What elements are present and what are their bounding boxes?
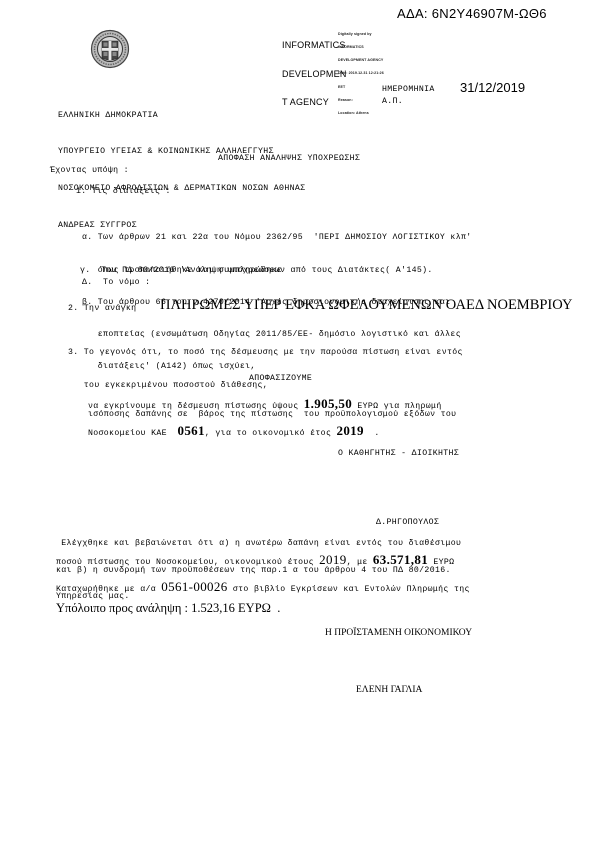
digital-signature-details: Digitally signed by INFORMATICS DEVELOPM… (338, 23, 384, 120)
decision-line-2: ισόποσης δαπάνης σε βάρος της πίστωσης τ… (88, 410, 456, 419)
item-1-label: 1. Τις διατάξεις : (76, 187, 171, 196)
signature-line: Date: 2019.12.31 12:21:26 (338, 71, 384, 75)
verification-text: στο βιβλίο Εγκρίσεων και Εντολών Πληρωμή… (228, 585, 470, 594)
available-amount: 63.571,81 (373, 552, 428, 567)
verification-line-1: Ελέγχθηκε και βεβαιώνεται ότι α) η ανωτέ… (56, 539, 461, 548)
signer-1-name: Δ.ΡΗΓΟΠΟΥΛΟΣ (376, 518, 439, 527)
signature-line: INFORMATICS (338, 45, 384, 49)
signature-line: EET (338, 85, 384, 89)
item-2-label: 2. Την ανάγκη (68, 304, 136, 313)
provision-line: γ. Του ΠΔ 80/2016 'Ανάληψη υποχρεώσεων α… (80, 266, 433, 275)
remaining-label: Υπόλοιπο προς ανάληψη : (56, 601, 191, 615)
date-label: ΗΜΕΡΟΜΗΝΙΑ (382, 85, 435, 94)
document-title: ΑΠΟΦΑΣΗ ΑΝΑΛΗΨΗΣ ΥΠΟΧΡΕΩΣΗΣ (218, 154, 360, 163)
item-2-need: ΠΛΗΡΩΜΕΣ ΥΠΕΡ ΕΦΚΑ ΩΦΕΛΟΥΜΕΝΩΝ ΟΑΕΔ ΝΟΕΜ… (160, 297, 573, 314)
provision-line: α. Των άρθρων 21 και 22α του Νόμου 2362/… (82, 233, 471, 244)
remaining-suffix: . (271, 601, 280, 615)
item-3-line: 3. Το γεγονός ότι, το ποσό της δέσμευσης… (68, 347, 463, 358)
registry-number: 0561-00026 (161, 579, 227, 594)
provision-line: Δ. Το νόμο : (82, 278, 150, 287)
fiscal-year: 2019 (336, 423, 363, 438)
org-line-country: ΕΛΛΗΝΙΚΗ ΔΗΜΟΚΡΑΤΙΑ (58, 110, 305, 122)
signer-1-title: Ο ΚΑΘΗΓΗΤΗΣ - ΔΙΟΙΚΗΤΗΣ (338, 449, 459, 458)
agency-line: DEVELOPMEN (282, 70, 347, 80)
signer-2-title: Η ΠΡΟΪΣΤΑΜΕΝΗ ΟΙΚΟΝΟΜΙΚΟΥ (325, 628, 472, 638)
verification-year: 2019 (319, 552, 346, 567)
decision-title: ΑΠΟΦΑΣΙΖΟΥΜΕ (249, 374, 312, 383)
kae-code: 0561 (177, 423, 204, 438)
signature-line: Reason: (338, 98, 384, 102)
verification-line-3: και β) η συνδρομή των προϋποθέσεων της π… (56, 566, 451, 575)
item-3: 3. Το γεγονός ότι, το ποσό της δέσμευσης… (68, 325, 463, 402)
ada-code: ΑΔΑ: 6Ν2Υ46907Μ-ΩΘ6 (397, 6, 547, 21)
remaining-balance: Υπόλοιπο προς ανάληψη : 1.523,16 ΕΥΡΩ . (56, 601, 280, 616)
decision-line-3: Νοσοκομείου ΚΑΕ 0561, για το οικονομικό … (88, 423, 380, 439)
protocol-label: Α.Π. (382, 97, 403, 106)
commitment-amount: 1.905,50 (304, 396, 352, 411)
signer-2-name: ΕΛΕΝΗ ΓΑΓΛΙΑ (356, 685, 422, 695)
decision-text: , για το οικονομικό έτος (205, 429, 337, 438)
decision-text: . (364, 429, 380, 438)
verification-line-5: Υπηρεσίας μας. (56, 592, 130, 601)
remaining-value: 1.523,16 ΕΥΡΩ (191, 601, 271, 615)
date-value: 31/12/2019 (460, 80, 525, 95)
signature-line: Digitally signed by (338, 32, 384, 36)
agency-line: INFORMATICS (282, 41, 347, 51)
signature-line: DEVELOPMENT AGENCY (338, 58, 384, 62)
decision-text: Νοσοκομείου ΚΑΕ (88, 429, 177, 438)
signature-line: Location: Athens (338, 111, 384, 115)
greek-emblem-icon (90, 29, 130, 69)
considering-label: Έχοντας υπόψη : (50, 166, 129, 175)
